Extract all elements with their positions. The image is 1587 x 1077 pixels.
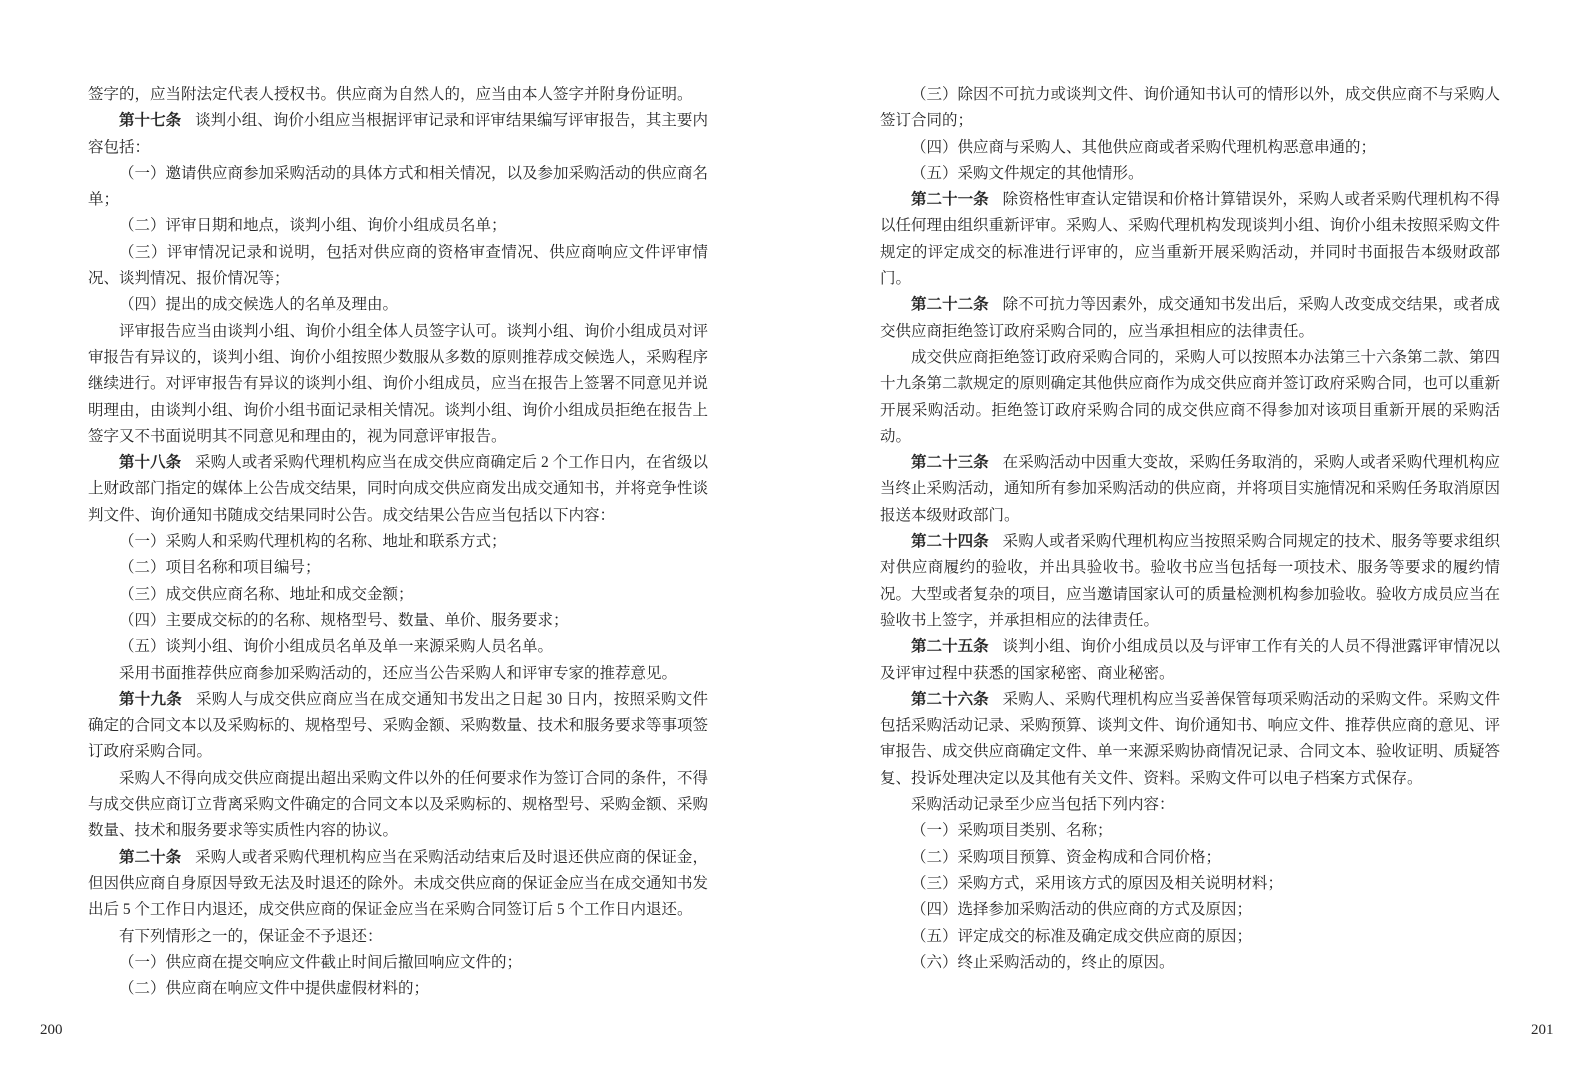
page-number-right: 201: [1531, 1021, 1554, 1039]
body-paragraph: 签字的，应当附法定代表人授权书。供应商为自然人的，应当由本人签字并附身份证明。: [88, 82, 708, 108]
list-item: （一）采购项目类别、名称；: [880, 818, 1500, 844]
article-number: 第二十四条: [911, 533, 989, 550]
list-item: （五）谈判小组、询价小组成员名单及单一来源采购人员名单。: [88, 634, 708, 660]
list-item: （三）采购方式，采用该方式的原因及相关说明材料；: [880, 871, 1500, 897]
article-paragraph: 第二十二条除不可抗力等因素外，成交通知书发出后，采购人改变成交结果，或者成交供应…: [880, 292, 1500, 345]
article-number: 第二十二条: [911, 296, 989, 313]
list-item: （三）评审情况记录和说明，包括对供应商的资格审查情况、供应商响应文件评审情况、谈…: [88, 240, 708, 293]
article-paragraph: 第二十一条除资格性审查认定错误和价格计算错误外，采购人或者采购代理机构不得以任何…: [880, 187, 1500, 292]
article-number: 第二十一条: [911, 191, 989, 208]
article-paragraph: 第二十四条采购人或者采购代理机构应当按照采购合同规定的技术、服务等要求组织对供应…: [880, 529, 1500, 634]
list-item: （四）主要成交标的的名称、规格型号、数量、单价、服务要求；: [88, 608, 708, 634]
article-number: 第二十三条: [911, 454, 989, 471]
list-item: （五）采购文件规定的其他情形。: [880, 161, 1500, 187]
list-item: （一）邀请供应商参加采购活动的具体方式和相关情况，以及参加采购活动的供应商名单；: [88, 161, 708, 214]
page-right-text-block: （三）除因不可抗力或谈判文件、询价通知书认可的情形以外，成交供应商不与采购人签订…: [880, 82, 1500, 976]
article-paragraph: 第二十六条采购人、采购代理机构应当妥善保管每项采购活动的采购文件。采购文件包括采…: [880, 687, 1500, 792]
list-item: （四）提出的成交候选人的名单及理由。: [88, 292, 708, 318]
body-paragraph: 评审报告应当由谈判小组、询价小组全体人员签字认可。谈判小组、询价小组成员对评审报…: [88, 319, 708, 450]
article-paragraph: 第二十五条谈判小组、询价小组成员以及与评审工作有关的人员不得泄露评审情况以及评审…: [880, 634, 1500, 687]
list-item: （三）成交供应商名称、地址和成交金额；: [88, 582, 708, 608]
list-item: （五）评定成交的标准及确定成交供应商的原因；: [880, 924, 1500, 950]
body-paragraph: 采购活动记录至少应当包括下列内容：: [880, 792, 1500, 818]
body-paragraph: 成交供应商拒绝签订政府采购合同的，采购人可以按照本办法第三十六条第二款、第四十九…: [880, 345, 1500, 450]
article-number: 第十七条: [119, 112, 181, 129]
page-left-text-block: 签字的，应当附法定代表人授权书。供应商为自然人的，应当由本人签字并附身份证明。第…: [88, 82, 708, 1002]
list-item: （二）评审日期和地点，谈判小组、询价小组成员名单；: [88, 213, 708, 239]
page-number-left: 200: [40, 1021, 63, 1039]
article-number: 第十九条: [119, 691, 182, 708]
list-item: （二）供应商在响应文件中提供虚假材料的；: [88, 976, 708, 1002]
article-paragraph: 第二十三条在采购活动中因重大变故，采购任务取消的，采购人或者采购代理机构应当终止…: [880, 450, 1500, 529]
article-paragraph: 第十八条采购人或者采购代理机构应当在成交供应商确定后 2 个工作日内，在省级以上…: [88, 450, 708, 529]
article-number: 第二十六条: [911, 691, 989, 708]
list-item: （三）除因不可抗力或谈判文件、询价通知书认可的情形以外，成交供应商不与采购人签订…: [880, 82, 1500, 135]
article-paragraph: 第二十条采购人或者采购代理机构应当在采购活动结束后及时退还供应商的保证金，但因供…: [88, 845, 708, 924]
list-item: （二）项目名称和项目编号；: [88, 555, 708, 581]
list-item: （四）选择参加采购活动的供应商的方式及原因；: [880, 897, 1500, 923]
article-number: 第二十条: [119, 849, 181, 866]
article-number: 第二十五条: [911, 638, 989, 655]
list-item: （四）供应商与采购人、其他供应商或者采购代理机构恶意串通的；: [880, 135, 1500, 161]
body-paragraph: 采购人不得向成交供应商提出超出采购文件以外的任何要求作为签订合同的条件，不得与成…: [88, 766, 708, 845]
list-item: （一）供应商在提交响应文件截止时间后撤回响应文件的；: [88, 950, 708, 976]
body-paragraph: 有下列情形之一的，保证金不予退还：: [88, 924, 708, 950]
body-paragraph: 采用书面推荐供应商参加采购活动的，还应当公告采购人和评审专家的推荐意见。: [88, 661, 708, 687]
book-spread: 签字的，应当附法定代表人授权书。供应商为自然人的，应当由本人签字并附身份证明。第…: [0, 0, 1587, 1077]
list-item: （一）采购人和采购代理机构的名称、地址和联系方式；: [88, 529, 708, 555]
article-paragraph: 第十七条谈判小组、询价小组应当根据评审记录和评审结果编写评审报告，其主要内容包括…: [88, 108, 708, 161]
article-number: 第十八条: [119, 454, 181, 471]
list-item: （六）终止采购活动的，终止的原因。: [880, 950, 1500, 976]
list-item: （二）采购项目预算、资金构成和合同价格；: [880, 845, 1500, 871]
article-paragraph: 第十九条采购人与成交供应商应当在成交通知书发出之日起 30 日内，按照采购文件确…: [88, 687, 708, 766]
